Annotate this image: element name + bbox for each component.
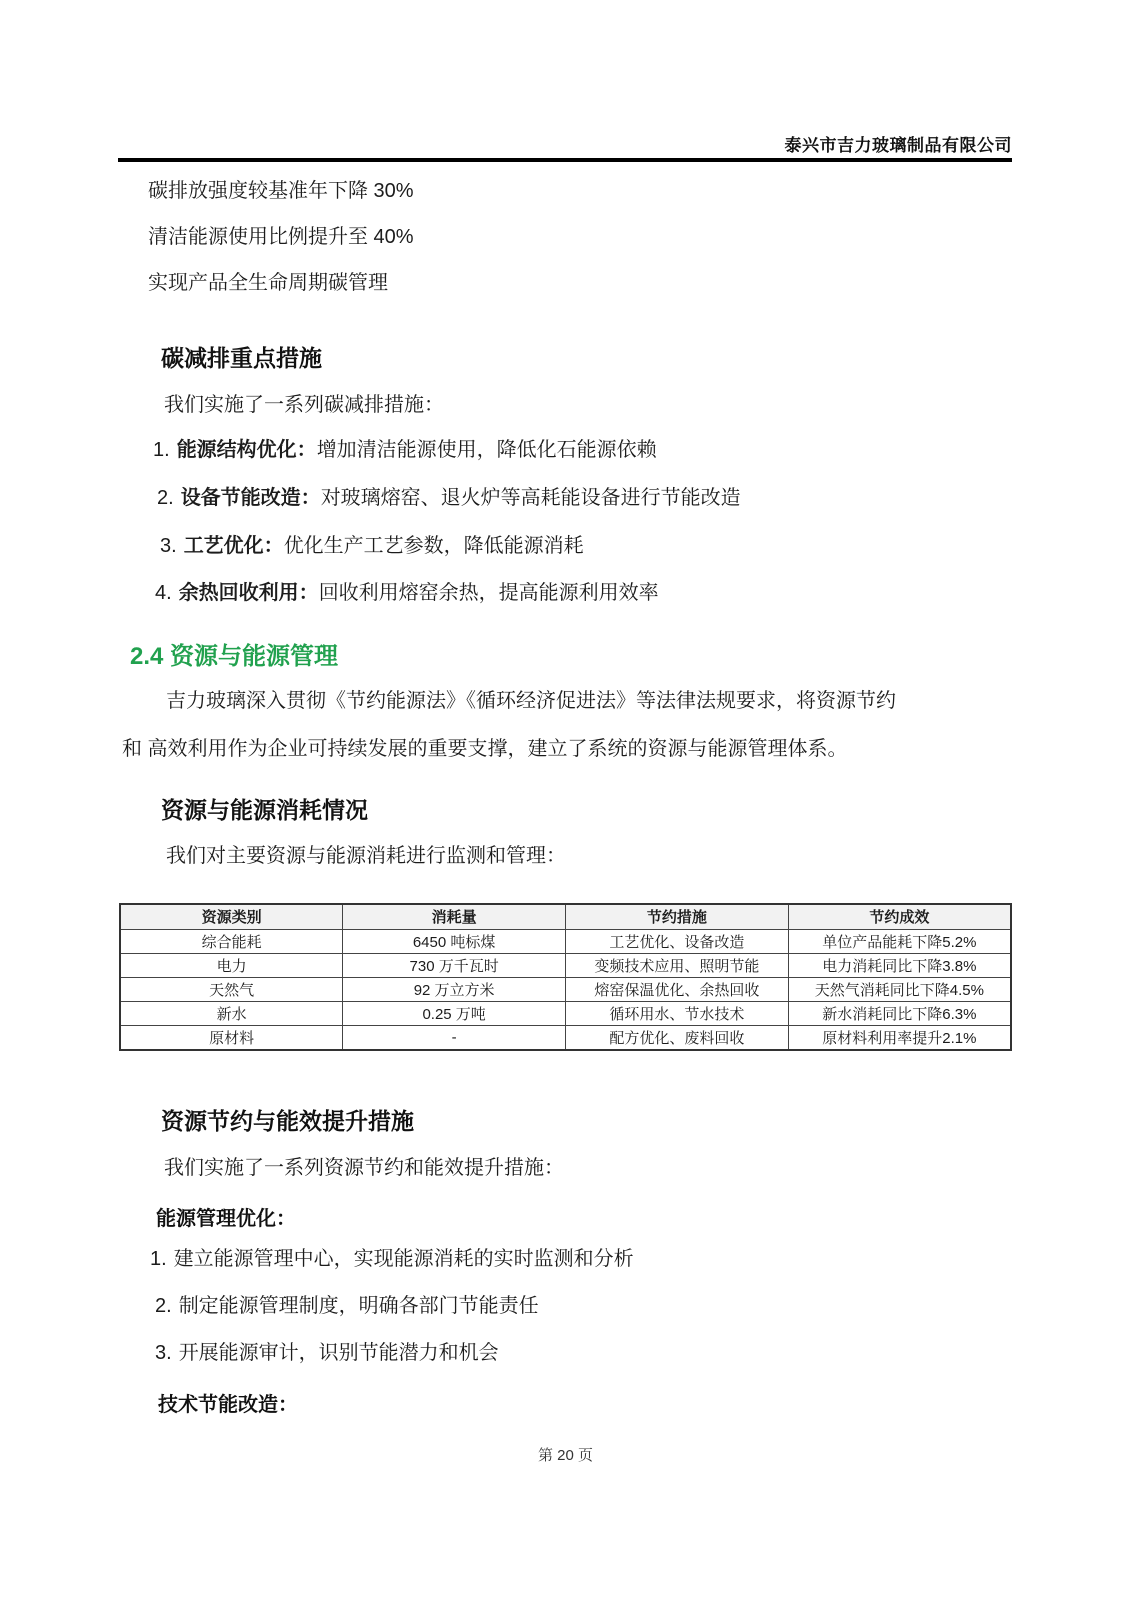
chapter-paragraph-line: 吉力玻璃深入贯彻《节约能源法》《循环经济促进法》等法律法规要求，将资源节约 [166, 688, 896, 714]
company-name: 泰兴市吉力玻璃制品有限公司 [785, 131, 1013, 156]
section-lead-measures: 我们实施了一系列资源节约和能效提升措施： [164, 1155, 564, 1181]
chapter-paragraph-line: 和 高效利用作为企业可持续发展的重要支撑，建立了系统的资源与能源管理体系。 [122, 736, 848, 762]
section-lead-carbon: 我们实施了一系列碳减排措施： [164, 392, 444, 418]
table-cell: 新水 [120, 1001, 343, 1025]
table-cell: 原材料利用率提升2.1% [788, 1025, 1011, 1050]
numbered-item: 3.开展能源审计，识别节能潜力和机会 [155, 1340, 499, 1366]
header-rule [118, 158, 1012, 162]
table-cell: 天然气 [120, 977, 343, 1001]
table-row: 新水 0.25 万吨 循环用水、节水技术 新水消耗同比下降6.3% [120, 1001, 1011, 1025]
document-page: 泰兴市吉力玻璃制品有限公司 碳排放强度较基准年下降 30% 清洁能源使用比例提升… [0, 0, 1131, 1600]
table-cell: 变频技术应用、照明节能 [566, 953, 789, 977]
table-cell: 配方优化、废料回收 [566, 1025, 789, 1050]
chapter-heading-2-4: 2.4 资源与能源管理 [130, 636, 338, 671]
item-text: 建立能源管理中心，实现能源消耗的实时监测和分析 [174, 1248, 634, 1270]
table-cell: 熔窑保温优化、余热回收 [566, 977, 789, 1001]
measures-group-label-technical-retrofit: 技术节能改造： [158, 1388, 298, 1417]
item-term: 工艺优化： [184, 535, 284, 557]
carbon-target-line: 碳排放强度较基准年下降 30% [148, 178, 414, 204]
table-cell: 新水消耗同比下降6.3% [788, 1001, 1011, 1025]
table-cell: 0.25 万吨 [343, 1001, 566, 1025]
section-heading-consumption: 资源与能源消耗情况 [161, 792, 368, 825]
numbered-item: 2.设备节能改造：对玻璃熔窑、退火炉等高耗能设备进行节能改造 [157, 485, 741, 511]
item-term: 能源结构优化： [177, 439, 317, 461]
numbered-item: 2.制定能源管理制度，明确各部门节能责任 [155, 1293, 539, 1319]
item-number: 3. [155, 1340, 172, 1366]
table-cell: 天然气消耗同比下降4.5% [788, 977, 1011, 1001]
table-cell: 92 万立方米 [343, 977, 566, 1001]
table-cell: 工艺优化、设备改造 [566, 929, 789, 953]
table-row: 综合能耗 6450 吨标煤 工艺优化、设备改造 单位产品能耗下降5.2% [120, 929, 1011, 953]
section-heading-carbon-measures: 碳减排重点措施 [161, 340, 322, 373]
numbered-item: 1.建立能源管理中心，实现能源消耗的实时监测和分析 [150, 1246, 634, 1272]
page-number: 第 20 页 [0, 1444, 1131, 1465]
item-desc: 回收利用熔窑余热，提高能源利用效率 [319, 582, 659, 604]
table-row: 电力 730 万千瓦时 变频技术应用、照明节能 电力消耗同比下降3.8% [120, 953, 1011, 977]
item-number: 3. [160, 533, 177, 559]
section-lead-consumption: 我们对主要资源与能源消耗进行监测和管理： [166, 843, 566, 869]
numbered-item: 3.工艺优化：优化生产工艺参数，降低能源消耗 [160, 533, 584, 559]
table-cell: 6450 吨标煤 [343, 929, 566, 953]
table-cell: 730 万千瓦时 [343, 953, 566, 977]
table-row: 原材料 - 配方优化、废料回收 原材料利用率提升2.1% [120, 1025, 1011, 1050]
item-text: 开展能源审计，识别节能潜力和机会 [179, 1342, 499, 1364]
table-cell: 原材料 [120, 1025, 343, 1050]
item-term: 余热回收利用： [179, 582, 319, 604]
item-desc: 增加清洁能源使用，降低化石能源依赖 [317, 439, 657, 461]
table-row: 天然气 92 万立方米 熔窑保温优化、余热回收 天然气消耗同比下降4.5% [120, 977, 1011, 1001]
item-desc: 对玻璃熔窑、退火炉等高耗能设备进行节能改造 [321, 487, 741, 509]
table-cell: - [343, 1025, 566, 1050]
numbered-item: 1.能源结构优化：增加清洁能源使用，降低化石能源依赖 [153, 437, 657, 463]
item-number: 2. [157, 485, 174, 511]
item-number: 2. [155, 1293, 172, 1319]
table-cell: 单位产品能耗下降5.2% [788, 929, 1011, 953]
resource-consumption-table: 资源类别 消耗量 节约措施 节约成效 综合能耗 6450 吨标煤 工艺优化、设备… [119, 903, 1012, 1051]
table-cell: 电力 [120, 953, 343, 977]
item-desc: 优化生产工艺参数，降低能源消耗 [284, 535, 584, 557]
numbered-item: 4.余热回收利用：回收利用熔窑余热，提高能源利用效率 [155, 580, 659, 606]
table-cell: 电力消耗同比下降3.8% [788, 953, 1011, 977]
carbon-target-line: 清洁能源使用比例提升至 40% [148, 224, 414, 250]
table-header-cell: 节约措施 [566, 904, 789, 929]
measures-group-label-energy-management: 能源管理优化： [156, 1202, 296, 1231]
item-number: 4. [155, 580, 172, 606]
table-header-cell: 资源类别 [120, 904, 343, 929]
table-header-row: 资源类别 消耗量 节约措施 节约成效 [120, 904, 1011, 929]
table-cell: 综合能耗 [120, 929, 343, 953]
item-number: 1. [153, 437, 170, 463]
item-text: 制定能源管理制度，明确各部门节能责任 [179, 1295, 539, 1317]
table-cell: 循环用水、节水技术 [566, 1001, 789, 1025]
table-header-cell: 消耗量 [343, 904, 566, 929]
table-header-cell: 节约成效 [788, 904, 1011, 929]
item-term: 设备节能改造： [181, 487, 321, 509]
section-heading-measures: 资源节约与能效提升措施 [161, 1103, 414, 1136]
item-number: 1. [150, 1246, 167, 1272]
carbon-target-line: 实现产品全生命周期碳管理 [148, 270, 388, 296]
